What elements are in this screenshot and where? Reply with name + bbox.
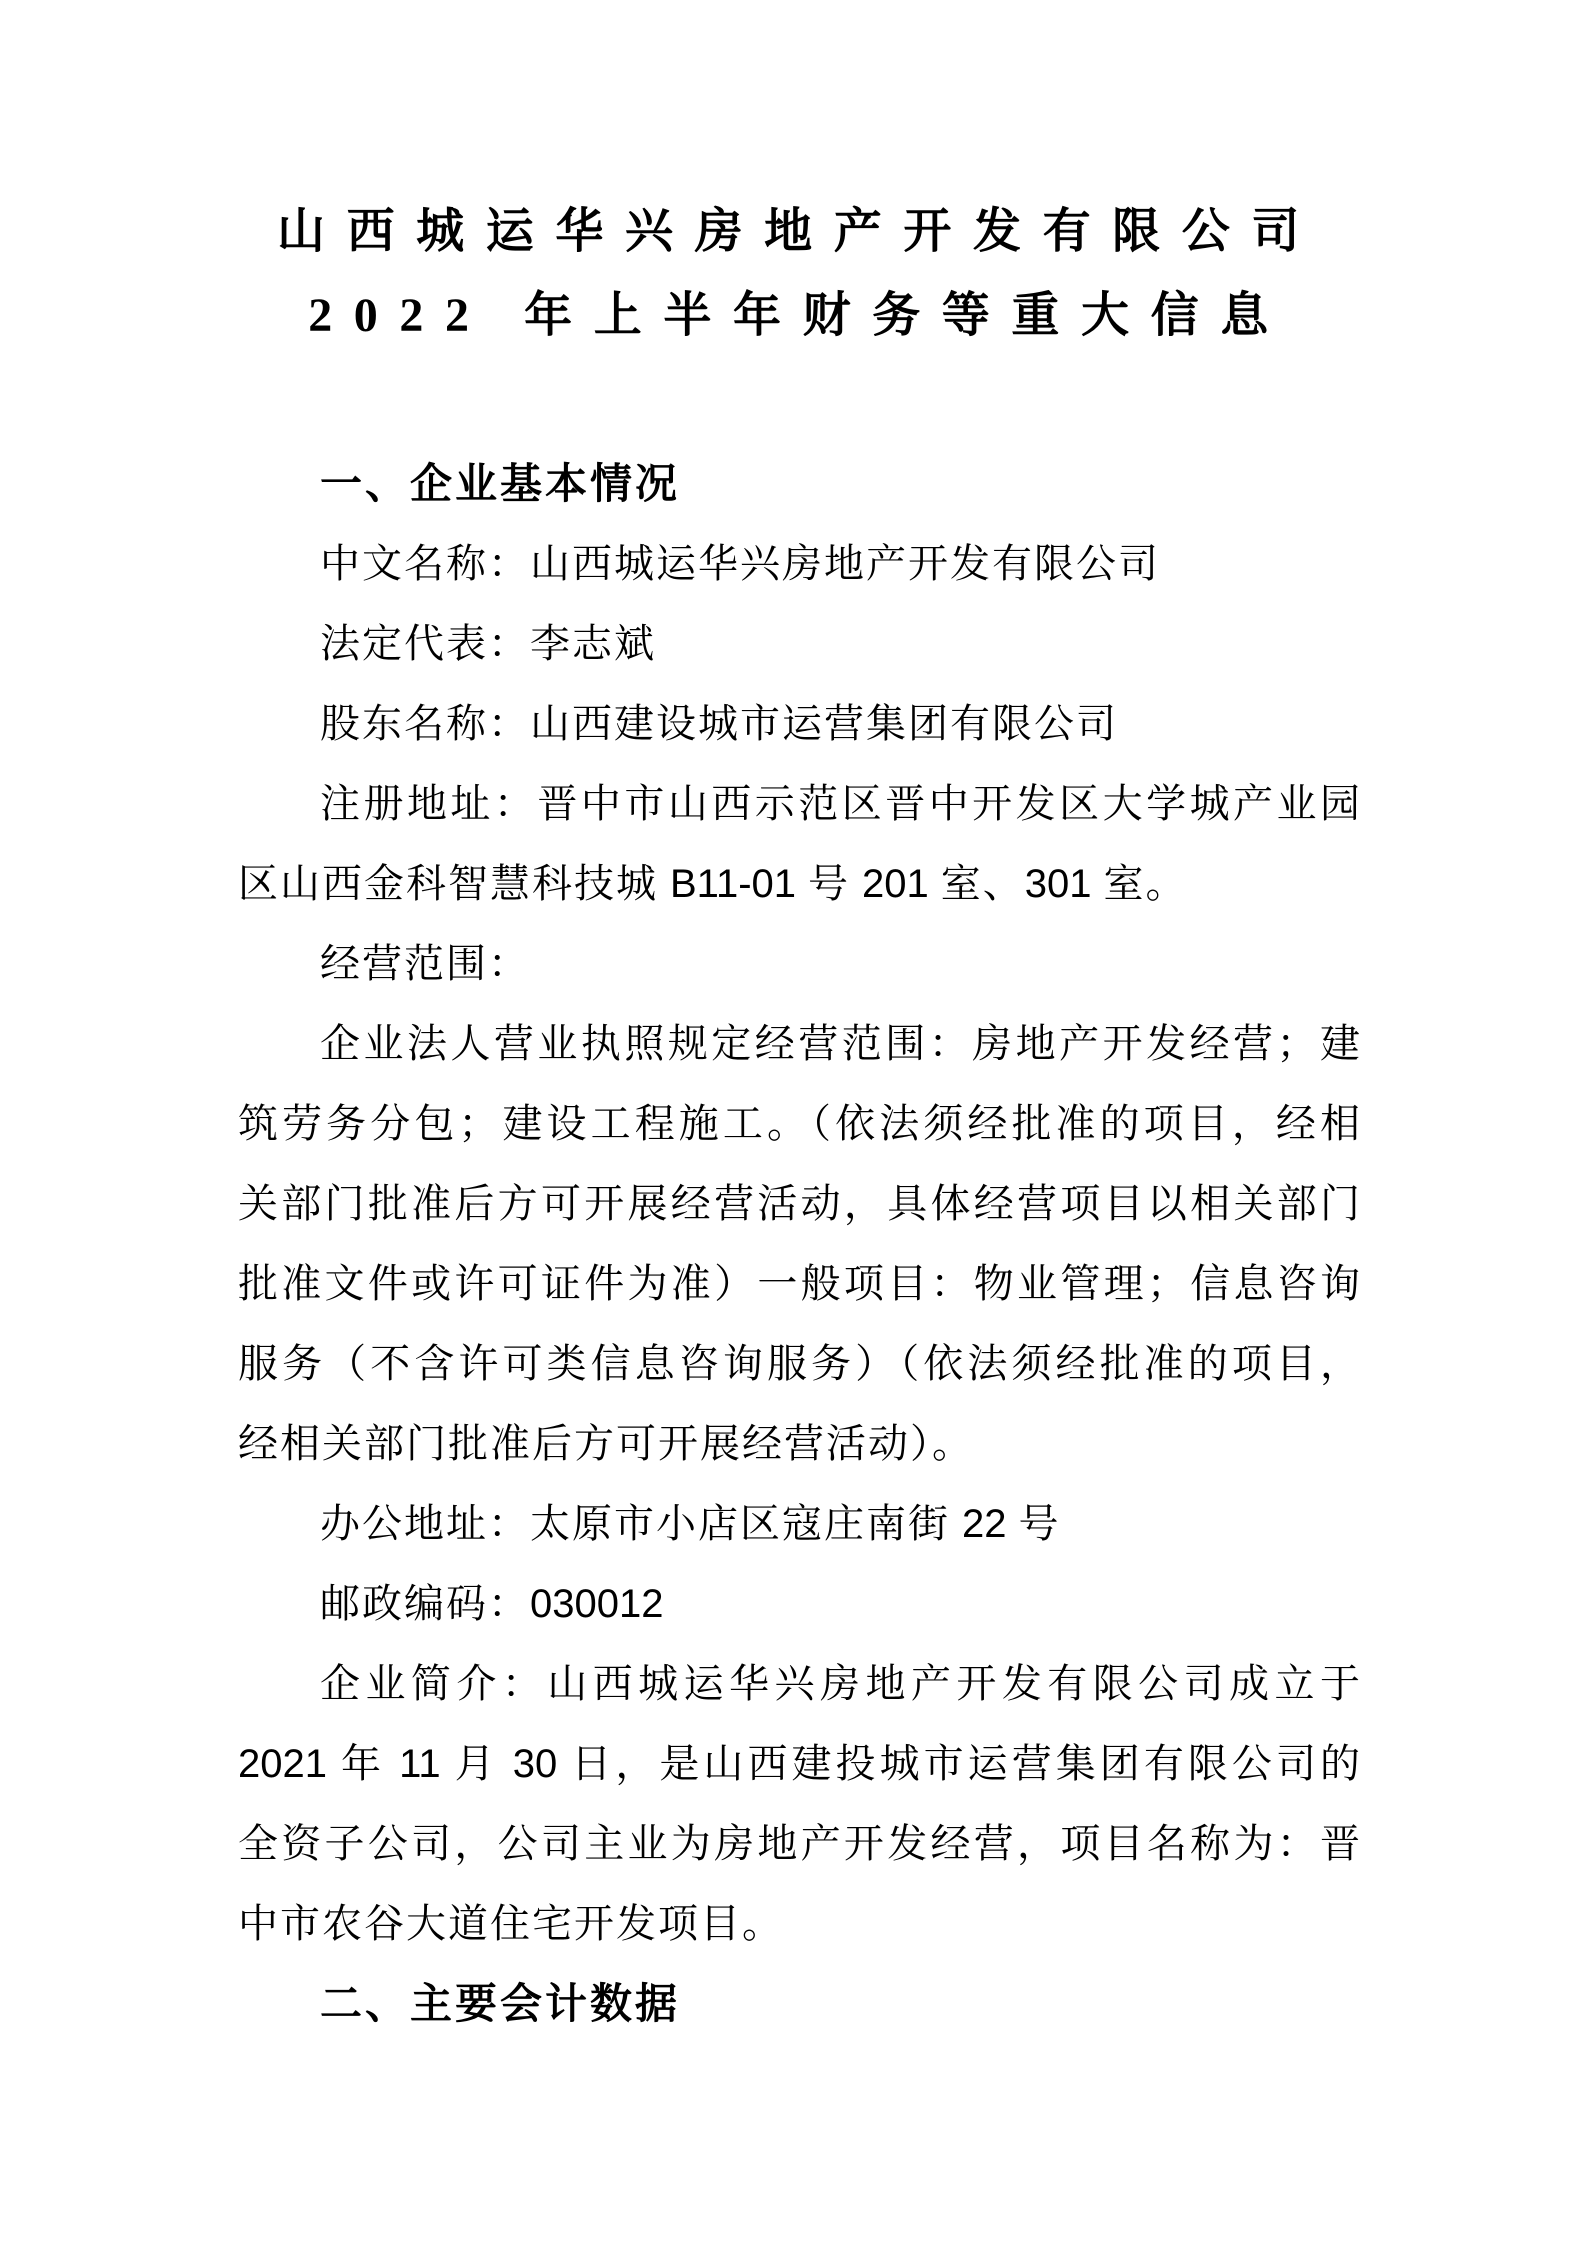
cjk-text-run: 室。 (1092, 861, 1188, 906)
latin-text-run: B11-01 (670, 862, 796, 906)
text-line: 企业简介：山西城运华兴房地产开发有限公司成立于 (238, 1644, 1360, 1724)
text-line: 中文名称：山西城运华兴房地产开发有限公司 (238, 524, 1360, 604)
latin-text-run: 30 (513, 1742, 558, 1786)
latin-text-run: 2021 (238, 1742, 327, 1786)
cjk-text-run: 服务（不含许可类信息咨询服务）（依法须经批准的项目， (238, 1341, 1360, 1386)
document-content: 山西城运华兴房地产开发有限公司 2022 年上半年财务等重大信息 一、企业基本情… (238, 0, 1360, 2044)
cjk-text-run: 批准文件或许可证件为准）一般项目：物业管理；信息咨询 (238, 1261, 1360, 1306)
cjk-text-run: 全资子公司，公司主业为房地产开发经营，项目名称为：晋 (238, 1821, 1360, 1866)
latin-text-run: 11 (399, 1742, 441, 1786)
text-line: 邮政编码：030012 (238, 1564, 1360, 1644)
text-line: 经相关部门批准后方可开展经营活动）。 (238, 1404, 1360, 1484)
cjk-text-run: 企业简介：山西城运华兴房地产开发有限公司成立于 (320, 1661, 1360, 1706)
text-line: 注册地址：晋中市山西示范区晋中开发区大学城产业园 (238, 764, 1360, 844)
cjk-text-run: 月 (441, 1741, 513, 1786)
latin-text-run: 201 (862, 862, 929, 906)
text-line: 全资子公司，公司主业为房地产开发经营，项目名称为：晋 (238, 1804, 1360, 1884)
text-line: 关部门批准后方可开展经营活动，具体经营项目以相关部门 (238, 1164, 1360, 1244)
text-line: 筑劳务分包；建设工程施工。（依法须经批准的项目，经相 (238, 1084, 1360, 1164)
cjk-text-run: 区山西金科智慧科技城 (238, 861, 670, 906)
text-line: 经营范围： (238, 924, 1360, 1004)
text-line: 服务（不含许可类信息咨询服务）（依法须经批准的项目， (238, 1324, 1360, 1404)
latin-text-run: 030012 (530, 1582, 663, 1626)
latin-text-run: 301 (1025, 862, 1092, 906)
cjk-text-run: 经相关部门批准后方可开展经营活动）。 (238, 1421, 974, 1466)
cjk-text-run: 企业法人营业执照规定经营范围：房地产开发经营；建 (320, 1021, 1360, 1066)
section-heading: 二、主要会计数据 (238, 1964, 1360, 2044)
section-heading: 一、企业基本情况 (238, 444, 1360, 524)
cjk-text-run: 一、企业基本情况 (320, 460, 680, 507)
title-line-2: 2022 年上半年财务等重大信息 (238, 274, 1360, 358)
cjk-text-run: 日，是山西建投城市运营集团有限公司的 (557, 1741, 1360, 1786)
cjk-text-run: 室、 (929, 861, 1025, 906)
text-line: 法定代表：李志斌 (238, 604, 1360, 684)
text-line: 区山西金科智慧科技城 B11-01 号 201 室、301 室。 (238, 844, 1360, 924)
cjk-text-run: 邮政编码： (320, 1581, 530, 1626)
document-title: 山西城运华兴房地产开发有限公司 2022 年上半年财务等重大信息 (238, 190, 1360, 358)
cjk-text-run: 中市农谷大道住宅开发项目。 (238, 1901, 784, 1946)
cjk-text-run: 二、主要会计数据 (320, 1980, 680, 2027)
text-line: 中市农谷大道住宅开发项目。 (238, 1884, 1360, 1964)
text-line: 批准文件或许可证件为准）一般项目：物业管理；信息咨询 (238, 1244, 1360, 1324)
cjk-text-run: 年 (327, 1741, 399, 1786)
cjk-text-run: 中文名称：山西城运华兴房地产开发有限公司 (320, 541, 1160, 586)
text-line: 企业法人营业执照规定经营范围：房地产开发经营；建 (238, 1004, 1360, 1084)
cjk-text-run: 筑劳务分包；建设工程施工。（依法须经批准的项目，经相 (238, 1101, 1360, 1146)
text-line: 2021 年 11 月 30 日，是山西建投城市运营集团有限公司的 (238, 1724, 1360, 1804)
cjk-text-run: 经营范围： (320, 941, 530, 986)
cjk-text-run: 号 (796, 861, 862, 906)
cjk-text-run: 关部门批准后方可开展经营活动，具体经营项目以相关部门 (238, 1181, 1360, 1226)
cjk-text-run: 股东名称：山西建设城市运营集团有限公司 (320, 701, 1118, 746)
cjk-text-run: 注册地址：晋中市山西示范区晋中开发区大学城产业园 (320, 781, 1360, 826)
latin-text-run: 22 (962, 1502, 1007, 1546)
document-page: 山西城运华兴房地产开发有限公司 2022 年上半年财务等重大信息 一、企业基本情… (0, 0, 1587, 2245)
cjk-text-run: 法定代表：李志斌 (320, 621, 656, 666)
text-line: 股东名称：山西建设城市运营集团有限公司 (238, 684, 1360, 764)
text-line: 办公地址：太原市小店区寇庄南街 22 号 (238, 1484, 1360, 1564)
cjk-text-run: 办公地址：太原市小店区寇庄南街 (320, 1501, 962, 1546)
cjk-text-run: 号 (1007, 1501, 1061, 1546)
title-line-1: 山西城运华兴房地产开发有限公司 (238, 190, 1360, 274)
document-body: 一、企业基本情况中文名称：山西城运华兴房地产开发有限公司法定代表：李志斌股东名称… (238, 444, 1360, 2044)
